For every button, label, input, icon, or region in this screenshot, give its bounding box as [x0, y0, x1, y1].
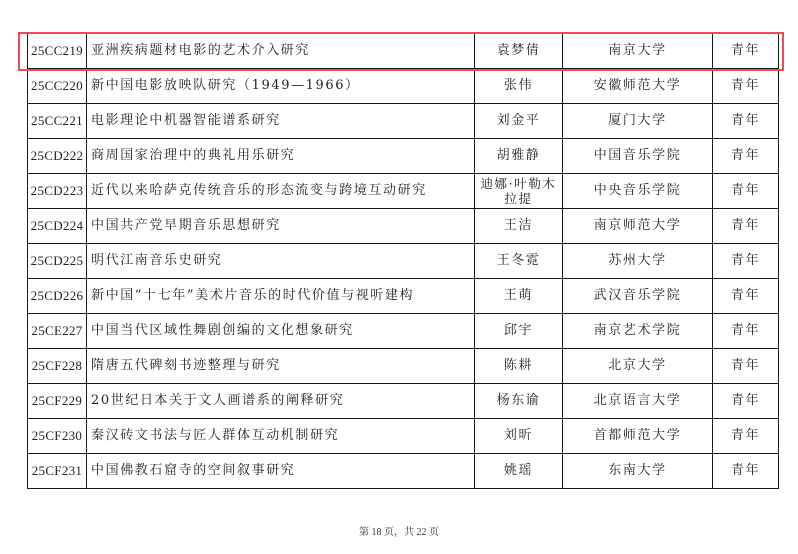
category-cell: 青年: [713, 139, 779, 174]
project-title-cell: 近代以来哈萨克传统音乐的形态流变与跨境互动研究: [87, 174, 475, 209]
investigator-cell: 陈耕: [475, 349, 563, 384]
table-row: 25CF231 中国佛教石窟寺的空间叙事研究 姚瑶 东南大学 青年: [28, 454, 779, 489]
category-cell: 青年: [713, 314, 779, 349]
project-title-cell: 商周国家治理中的典礼用乐研究: [87, 139, 475, 174]
table-row: 25CC219 亚洲疾病题材电影的艺术介入研究 袁梦倩 南京大学 青年: [28, 34, 779, 69]
category-cell: 青年: [713, 34, 779, 69]
category-cell: 青年: [713, 454, 779, 489]
investigator-cell: 杨东谕: [475, 384, 563, 419]
category-cell: 青年: [713, 209, 779, 244]
project-title-cell: 中国共产党早期音乐思想研究: [87, 209, 475, 244]
institution-cell: 厦门大学: [563, 104, 713, 139]
investigator-cell: 刘金平: [475, 104, 563, 139]
project-title-cell: 亚洲疾病题材电影的艺术介入研究: [87, 34, 475, 69]
table-row: 25CD226 新中国“十七年”美术片音乐的时代价值与视听建构 王萌 武汉音乐学…: [28, 279, 779, 314]
investigator-cell: 王萌: [475, 279, 563, 314]
institution-cell: 安徽师范大学: [563, 69, 713, 104]
table-row: 25CF229 20世纪日本关于文人画谱系的阐释研究 杨东谕 北京语言大学 青年: [28, 384, 779, 419]
project-id-cell: 25CC219: [28, 34, 87, 69]
category-cell: 青年: [713, 174, 779, 209]
project-id-cell: 25CC220: [28, 69, 87, 104]
institution-cell: 苏州大学: [563, 244, 713, 279]
project-id-cell: 25CD223: [28, 174, 87, 209]
project-title-cell: 明代江南音乐史研究: [87, 244, 475, 279]
institution-cell: 北京大学: [563, 349, 713, 384]
investigator-cell: 张伟: [475, 69, 563, 104]
table-row: 25CC221 电影理论中机器智能谱系研究 刘金平 厦门大学 青年: [28, 104, 779, 139]
project-title-cell: 新中国“十七年”美术片音乐的时代价值与视听建构: [87, 279, 475, 314]
investigator-cell: 姚瑶: [475, 454, 563, 489]
table-row: 25CF230 秦汉砖文书法与匠人群体互动机制研究 刘昕 首都师范大学 青年: [28, 419, 779, 454]
category-cell: 青年: [713, 104, 779, 139]
project-title-cell: 中国佛教石窟寺的空间叙事研究: [87, 454, 475, 489]
project-id-cell: 25CF230: [28, 419, 87, 454]
project-id-cell: 25CD224: [28, 209, 87, 244]
table-row: 25CF228 隋唐五代碑刻书迹整理与研究 陈耕 北京大学 青年: [28, 349, 779, 384]
institution-cell: 南京大学: [563, 34, 713, 69]
project-id-cell: 25CF228: [28, 349, 87, 384]
institution-cell: 南京师范大学: [563, 209, 713, 244]
category-cell: 青年: [713, 244, 779, 279]
institution-cell: 南京艺术学院: [563, 314, 713, 349]
table-row: 25CD223 近代以来哈萨克传统音乐的形态流变与跨境互动研究 迪娜·叶勒木拉提…: [28, 174, 779, 209]
investigator-cell: 袁梦倩: [475, 34, 563, 69]
table-row: 25CD225 明代江南音乐史研究 王冬霓 苏州大学 青年: [28, 244, 779, 279]
institution-cell: 中央音乐学院: [563, 174, 713, 209]
category-cell: 青年: [713, 384, 779, 419]
project-id-cell: 25CD222: [28, 139, 87, 174]
investigator-cell: 刘昕: [475, 419, 563, 454]
investigator-cell: 王冬霓: [475, 244, 563, 279]
institution-cell: 首都师范大学: [563, 419, 713, 454]
project-title-cell: 秦汉砖文书法与匠人群体互动机制研究: [87, 419, 475, 454]
project-id-cell: 25CE227: [28, 314, 87, 349]
project-title-cell: 中国当代区域性舞剧创编的文化想象研究: [87, 314, 475, 349]
category-cell: 青年: [713, 349, 779, 384]
category-cell: 青年: [713, 69, 779, 104]
investigator-cell: 邱宇: [475, 314, 563, 349]
investigator-cell: 胡雅静: [475, 139, 563, 174]
project-title-cell: 20世纪日本关于文人画谱系的阐释研究: [87, 384, 475, 419]
document-page: 25CC219 亚洲疾病题材电影的艺术介入研究 袁梦倩 南京大学 青年 25CC…: [0, 0, 798, 554]
project-id-cell: 25CC221: [28, 104, 87, 139]
project-id-cell: 25CF231: [28, 454, 87, 489]
investigator-cell: 迪娜·叶勒木拉提: [475, 174, 563, 209]
project-title-cell: 隋唐五代碑刻书迹整理与研究: [87, 349, 475, 384]
table-row: 25CD222 商周国家治理中的典礼用乐研究 胡雅静 中国音乐学院 青年: [28, 139, 779, 174]
category-cell: 青年: [713, 419, 779, 454]
project-id-cell: 25CD226: [28, 279, 87, 314]
table-row: 25CE227 中国当代区域性舞剧创编的文化想象研究 邱宇 南京艺术学院 青年: [28, 314, 779, 349]
page-number-footer: 第 18 页，共 22 页: [0, 523, 798, 538]
institution-cell: 武汉音乐学院: [563, 279, 713, 314]
institution-cell: 中国音乐学院: [563, 139, 713, 174]
table-row: 25CC220 新中国电影放映队研究（1949—1966） 张伟 安徽师范大学 …: [28, 69, 779, 104]
institution-cell: 东南大学: [563, 454, 713, 489]
project-title-cell: 新中国电影放映队研究（1949—1966）: [87, 69, 475, 104]
investigator-cell: 王洁: [475, 209, 563, 244]
institution-cell: 北京语言大学: [563, 384, 713, 419]
project-title-cell: 电影理论中机器智能谱系研究: [87, 104, 475, 139]
project-id-cell: 25CF229: [28, 384, 87, 419]
table-row: 25CD224 中国共产党早期音乐思想研究 王洁 南京师范大学 青年: [28, 209, 779, 244]
category-cell: 青年: [713, 279, 779, 314]
project-id-cell: 25CD225: [28, 244, 87, 279]
grant-list-table: 25CC219 亚洲疾病题材电影的艺术介入研究 袁梦倩 南京大学 青年 25CC…: [27, 33, 779, 489]
